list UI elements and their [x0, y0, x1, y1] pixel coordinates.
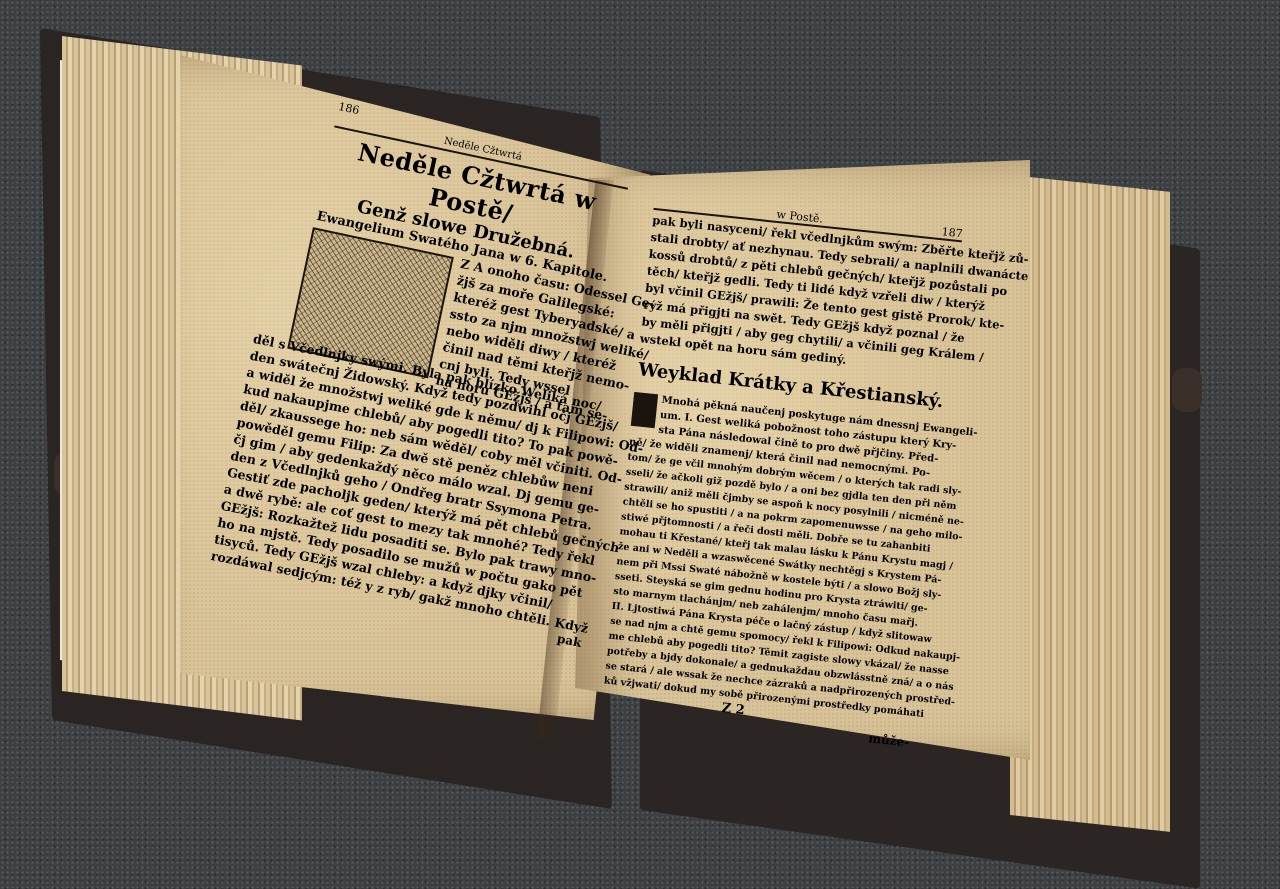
page-stack-right — [1010, 175, 1170, 832]
leather-strap-right-upper — [1172, 368, 1202, 412]
decorated-initial — [631, 392, 658, 428]
page-number: 187 — [941, 225, 963, 240]
open-book: 186 Neděle Cžtwrtá Neděle Cžtwrtá w Post… — [0, 0, 1280, 889]
right-page-content: . w Postě. 187 pak byli nasyceni/ řekl v… — [600, 195, 963, 750]
